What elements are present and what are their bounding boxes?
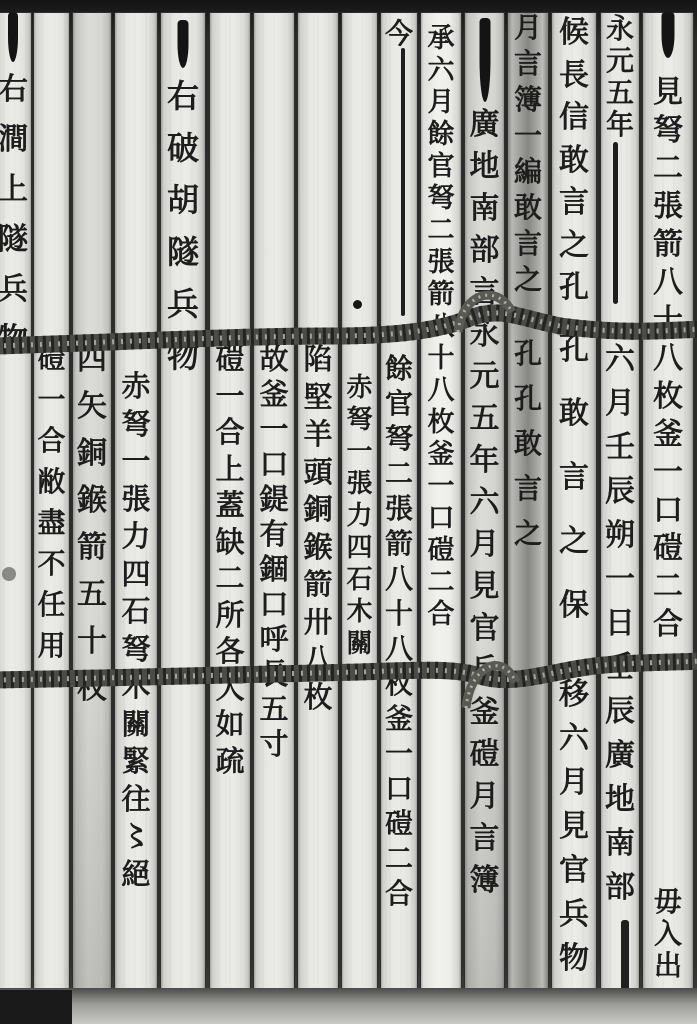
bamboo-slip: 右澗上隧兵物 <box>0 12 32 990</box>
slip-character: 羊 <box>297 420 339 458</box>
slip-character: 用 <box>33 632 70 673</box>
slip-character: 六 <box>600 345 640 389</box>
slip-character: 孔 <box>507 340 549 385</box>
slip-character: 兵 <box>160 288 206 340</box>
slip-character: 五 <box>253 695 295 730</box>
slip-character: 張 <box>114 485 158 523</box>
slip-character: 出 <box>642 952 694 984</box>
slip-character: 木 <box>341 599 378 631</box>
slip-character: 一 <box>600 565 640 609</box>
slip-character: 五 <box>72 580 112 627</box>
slip-character: 箭 <box>72 533 112 580</box>
bamboo-slip: 磑一合敝盡不任用 <box>33 12 70 990</box>
slip-character: 五 <box>600 79 640 111</box>
slip-character: 十 <box>72 627 112 674</box>
slip-text: 承六月餘官弩二張箭八十八枚釜一口磑二合 <box>420 25 462 633</box>
slip-character: 力 <box>114 522 158 560</box>
slip-text: 孔孔敢言之 <box>507 340 549 565</box>
bamboo-slip: 承六月餘官弩二張箭八十八枚釜一口磑二合 <box>420 12 462 990</box>
heading-mark-icon <box>8 12 18 62</box>
slip-character: 口 <box>420 505 462 537</box>
slip-character: 磑 <box>380 810 418 845</box>
slip-character: 言 <box>551 188 597 231</box>
slip-character: 兵 <box>464 656 505 698</box>
slip-character: 官 <box>380 390 418 425</box>
slip-text: 右澗上隧兵物 <box>0 75 32 375</box>
ink-dot <box>353 300 362 309</box>
slip-character: 合 <box>33 427 70 468</box>
slip-character: 月 <box>507 14 549 50</box>
slip-character: 二 <box>642 572 694 610</box>
slip-character: 頭 <box>297 458 339 496</box>
slip-character: 簿 <box>464 866 505 908</box>
slip-character: 赤 <box>341 375 378 407</box>
slip-character: 釜 <box>642 420 694 458</box>
slip-text: 六月壬辰朔一日壬辰廣地南部 <box>600 345 640 917</box>
slip-character: 之 <box>551 231 597 274</box>
slip-character: 壬 <box>600 433 640 477</box>
slip-character: 八 <box>297 645 339 683</box>
corner-shadow <box>0 990 72 1024</box>
bamboo-slip: 陷堅羊頭銅鍭箭卅八枚 <box>297 12 339 990</box>
slip-character: 呼 <box>253 625 295 660</box>
slip-character: 言 <box>507 475 549 520</box>
slip-character: 八 <box>642 268 694 306</box>
slip-character: 弩 <box>380 425 418 460</box>
slip-character: 朔 <box>600 521 640 565</box>
slip-character: 南 <box>600 829 640 873</box>
slip-character: 力 <box>341 503 378 535</box>
slip-text: 磑一合敝盡不任用 <box>33 345 70 673</box>
slip-text: 故釜一口鍉有錮口呼長五寸 <box>253 345 295 765</box>
slip-character: 兵 <box>0 275 32 325</box>
slip-character: 石 <box>341 567 378 599</box>
bamboo-slip: 右破胡隧兵物 <box>160 12 206 990</box>
slip-character: 往 <box>114 785 158 823</box>
bamboo-slip: 故釜一口鍉有錮口呼長五寸 <box>253 12 295 990</box>
slip-character: 枚 <box>297 683 339 721</box>
slip-character: 保 <box>551 591 597 655</box>
bamboo-slip: 見弩二張箭八十八枚釜一口磑二合 毋入出 <box>642 12 694 990</box>
slip-character: 候 <box>551 18 597 61</box>
slip-character: 一 <box>209 382 251 419</box>
slip-character: 磑 <box>464 740 505 782</box>
slip-character: 八 <box>380 565 418 600</box>
heading-mark-icon <box>479 18 490 102</box>
slip-character: 長 <box>253 660 295 695</box>
slip-character: 月 <box>420 89 462 121</box>
bamboo-slips-photo: 右澗上隧兵物 磑一合敝盡不任用 四矢銅鍭箭五十枚 赤弩一張力四石弩木關緊往〻絕 … <box>0 0 697 1024</box>
slip-character: 右 <box>0 75 32 125</box>
bamboo-slip: 四矢銅鍭箭五十枚 <box>72 12 112 990</box>
slip-character: 見 <box>551 812 597 856</box>
slip-character: 木 <box>114 672 158 710</box>
slip-character: 見 <box>642 78 694 116</box>
slip-character: 不 <box>33 550 70 591</box>
slip-character: 磑 <box>420 537 462 569</box>
slip-character: 張 <box>341 471 378 503</box>
slip-text: 磑一合上蓋缺二所各大如疏 <box>209 345 251 783</box>
slip-character: 永 <box>600 15 640 47</box>
slip-character: 口 <box>380 775 418 810</box>
slip-character: 如 <box>209 710 251 747</box>
slip-character: 堅 <box>297 383 339 421</box>
slip-character: 二 <box>642 154 694 192</box>
slip-character: 敢 <box>551 146 597 189</box>
slip-character: 陷 <box>297 345 339 383</box>
slip-character: 部 <box>464 236 505 278</box>
slip-character: 二 <box>380 460 418 495</box>
slip-character: 永 <box>464 320 505 362</box>
slip-character: 六 <box>551 724 597 768</box>
slip-character: 疏 <box>209 747 251 784</box>
slip-character: 枚 <box>420 409 462 441</box>
slip-character: 八 <box>642 344 694 382</box>
slip-character: 合 <box>209 418 251 455</box>
slip-character: 赤 <box>114 372 158 410</box>
slip-character: 八 <box>380 635 418 670</box>
slip-character: 絕 <box>114 860 158 898</box>
slip-character: 一 <box>642 458 694 496</box>
slip-character: 五 <box>464 404 505 446</box>
slip-character: 箭 <box>420 281 462 313</box>
slip-character: 破 <box>160 132 206 184</box>
slip-character: 官 <box>420 153 462 185</box>
slip-character: 磑 <box>642 534 694 572</box>
slip-text: 赤弩一張力四石木關 <box>341 375 378 663</box>
slip-character: 箭 <box>642 230 694 268</box>
slip-character: 敝 <box>33 468 70 509</box>
slip-text: 候長信敢言之孔 <box>551 18 597 316</box>
slip-character: 一 <box>253 415 295 450</box>
slip-character: 元 <box>600 47 640 79</box>
slip-character: 一 <box>341 439 378 471</box>
slip-character: 年 <box>464 446 505 488</box>
slip-character: 錮 <box>253 555 295 590</box>
slip-text: 見弩二張箭八十八枚釜一口磑二合 <box>642 78 694 648</box>
slip-character: 弩 <box>341 407 378 439</box>
slip-character: 言 <box>464 278 505 320</box>
slip-character: 張 <box>642 192 694 230</box>
bamboo-slip: 今 餘官弩二張箭八十八枚釜一口磑二合 <box>380 12 418 990</box>
slip-character: 月 <box>464 782 505 824</box>
ink-stain <box>2 567 16 581</box>
slip-character: 卅 <box>297 608 339 646</box>
brush-stroke <box>621 920 629 992</box>
slip-character: 孔 <box>551 335 597 399</box>
slip-character: 磑 <box>33 345 70 386</box>
bamboo-slip: 赤弩一張力四石弩木關緊往〻絕 <box>114 12 158 990</box>
slip-character: 二 <box>420 569 462 601</box>
bamboo-slip: 月言簿一編敢言之 孔孔敢言之 <box>507 12 549 990</box>
slip-character: 故 <box>253 345 295 380</box>
slip-character: 所 <box>209 601 251 638</box>
slip-character: 簿 <box>507 86 549 122</box>
heading-mark-icon <box>662 12 675 58</box>
slip-character: 缺 <box>209 528 251 565</box>
slip-character: 廣 <box>464 110 505 152</box>
bamboo-slip: 永元五年 六月壬辰朔一日壬辰廣地南部 <box>600 12 640 990</box>
slip-character: 言 <box>551 463 597 527</box>
slip-character: 上 <box>0 175 32 225</box>
slip-text: 餘官弩二張箭八十八枚釜一口磑二合 <box>380 355 418 915</box>
slip-character: 石 <box>114 597 158 635</box>
brush-stroke <box>401 48 405 316</box>
slip-character: 十 <box>380 600 418 635</box>
slip-character: 各 <box>209 637 251 674</box>
slip-character: 物 <box>160 340 206 392</box>
slip-character: 合 <box>380 880 418 915</box>
slip-text: 廣地南部言永元五年六月見官兵釜磑月言簿 <box>464 110 505 908</box>
slip-character: 南 <box>464 194 505 236</box>
slip-character: 銅 <box>297 495 339 533</box>
slip-character: 上 <box>209 455 251 492</box>
slip-character: 四 <box>72 345 112 392</box>
slip-character: 二 <box>380 845 418 880</box>
slip-character: 敢 <box>507 194 549 230</box>
slip-character: 孔 <box>507 385 549 430</box>
slip-character: 之 <box>551 527 597 591</box>
slip-character: 矢 <box>72 392 112 439</box>
slip-character: 八 <box>420 377 462 409</box>
slip-character: 釜 <box>253 380 295 415</box>
slip-character: 枚 <box>72 674 112 721</box>
slip-character: 鍭 <box>72 486 112 533</box>
slip-text: 四矢銅鍭箭五十枚 <box>72 345 112 721</box>
slip-character: 承 <box>420 25 462 57</box>
slip-character: 長 <box>551 61 597 104</box>
slip-character: 一 <box>380 740 418 775</box>
slip-character: 月 <box>464 530 505 572</box>
slip-character: 言 <box>507 50 549 86</box>
slip-character: 蓋 <box>209 491 251 528</box>
slip-character: 緊 <box>114 747 158 785</box>
slip-character: 之 <box>507 266 549 302</box>
slip-character: 地 <box>464 152 505 194</box>
slip-character: 有 <box>253 520 295 555</box>
slip-text: 今 <box>380 20 418 50</box>
slip-character: 官 <box>551 856 597 900</box>
slip-character: 〻 <box>114 822 158 860</box>
slip-character: 六 <box>420 57 462 89</box>
slip-character: 弩 <box>114 410 158 448</box>
slip-character: 箭 <box>297 570 339 608</box>
slip-character: 之 <box>507 520 549 565</box>
slip-character: 鍭 <box>297 533 339 571</box>
slip-text: 孔敢言之保 <box>551 335 597 655</box>
bamboo-slip: 廣地南部言永元五年六月見官兵釜磑月言簿 <box>464 12 505 990</box>
slip-character: 月 <box>600 389 640 433</box>
slip-character: 孔 <box>551 273 597 316</box>
slip-character: 隧 <box>0 225 32 275</box>
slip-character: 枚 <box>642 382 694 420</box>
slip-character: 八 <box>420 313 462 345</box>
slip-text: 毋入出 <box>642 888 694 984</box>
slip-character: 合 <box>420 601 462 633</box>
slip-character: 銅 <box>72 439 112 486</box>
slip-text: 移六月見官兵物 <box>551 680 597 988</box>
heading-mark-icon <box>178 20 189 68</box>
slip-character: 辰 <box>600 477 640 521</box>
slip-character: 寸 <box>253 730 295 765</box>
slip-character: 合 <box>642 610 694 648</box>
slip-character: 一 <box>420 473 462 505</box>
slip-character: 信 <box>551 103 597 146</box>
slip-character: 釜 <box>380 705 418 740</box>
slip-character: 六 <box>464 488 505 530</box>
slip-character: 四 <box>114 560 158 598</box>
slip-character: 移 <box>551 680 597 724</box>
slip-character: 地 <box>600 785 640 829</box>
slip-character: 枚 <box>380 670 418 705</box>
slip-character: 一 <box>507 122 549 158</box>
slip-character: 月 <box>551 768 597 812</box>
slip-character: 澗 <box>0 125 32 175</box>
slip-character: 口 <box>253 590 295 625</box>
slip-character: 二 <box>209 564 251 601</box>
slip-character: 張 <box>420 249 462 281</box>
slip-text: 赤弩一張力四石弩木關緊往〻絕 <box>114 372 158 897</box>
slip-character: 壬 <box>600 653 640 697</box>
slip-character: 四 <box>341 535 378 567</box>
slip-text: 右破胡隧兵物 <box>160 80 206 392</box>
slip-character: 一 <box>114 447 158 485</box>
slip-character: 見 <box>464 572 505 614</box>
slip-character: 編 <box>507 158 549 194</box>
slip-character: 關 <box>114 710 158 748</box>
bamboo-slip: 磑一合上蓋缺二所各大如疏 <box>209 12 251 990</box>
slip-character: 官 <box>464 614 505 656</box>
slip-character: 餘 <box>380 355 418 390</box>
slip-character: 十 <box>420 345 462 377</box>
slip-character: 敢 <box>551 399 597 463</box>
slip-character: 二 <box>420 217 462 249</box>
slip-character: 入 <box>642 920 694 952</box>
slip-character: 張 <box>380 495 418 530</box>
slip-character: 言 <box>507 230 549 266</box>
slip-character: 右 <box>160 80 206 132</box>
slip-character: 物 <box>551 944 597 988</box>
slip-text: 陷堅羊頭銅鍭箭卅八枚 <box>297 345 339 720</box>
slip-character: 弩 <box>420 185 462 217</box>
slip-character: 箭 <box>380 530 418 565</box>
bamboo-slip: 候長信敢言之孔 孔敢言之保 移六月見官兵物 <box>551 12 597 990</box>
slip-character: 隧 <box>160 236 206 288</box>
slip-character: 一 <box>33 386 70 427</box>
slip-character: 任 <box>33 591 70 632</box>
slip-character: 盡 <box>33 509 70 550</box>
brush-stroke <box>613 142 618 304</box>
slip-character: 鍉 <box>253 485 295 520</box>
table-surface <box>0 988 697 1024</box>
bamboo-slip: 赤弩一張力四石木關 <box>341 12 378 990</box>
slip-character: 今 <box>380 20 418 50</box>
slip-character: 辰 <box>600 697 640 741</box>
slip-character: 物 <box>0 325 32 375</box>
slip-character: 餘 <box>420 121 462 153</box>
slip-character: 弩 <box>642 116 694 154</box>
slip-character: 關 <box>341 631 378 663</box>
slip-character: 毋 <box>642 888 694 920</box>
slip-character: 釜 <box>420 441 462 473</box>
slip-character: 釜 <box>464 698 505 740</box>
slip-character: 口 <box>253 450 295 485</box>
slip-character: 日 <box>600 609 640 653</box>
slip-character: 磑 <box>209 345 251 382</box>
slip-character: 胡 <box>160 184 206 236</box>
slip-character: 十 <box>642 306 694 344</box>
slip-character: 敢 <box>507 430 549 475</box>
slip-character: 廣 <box>600 741 640 785</box>
slip-text: 月言簿一編敢言之 <box>507 14 549 302</box>
slip-character: 部 <box>600 873 640 917</box>
slip-character: 元 <box>464 362 505 404</box>
slip-character: 大 <box>209 674 251 711</box>
slip-character: 言 <box>464 824 505 866</box>
slip-character: 弩 <box>114 635 158 673</box>
slip-character: 年 <box>600 111 640 143</box>
slip-text: 永元五年 <box>600 15 640 143</box>
slip-character: 兵 <box>551 900 597 944</box>
slip-character: 口 <box>642 496 694 534</box>
